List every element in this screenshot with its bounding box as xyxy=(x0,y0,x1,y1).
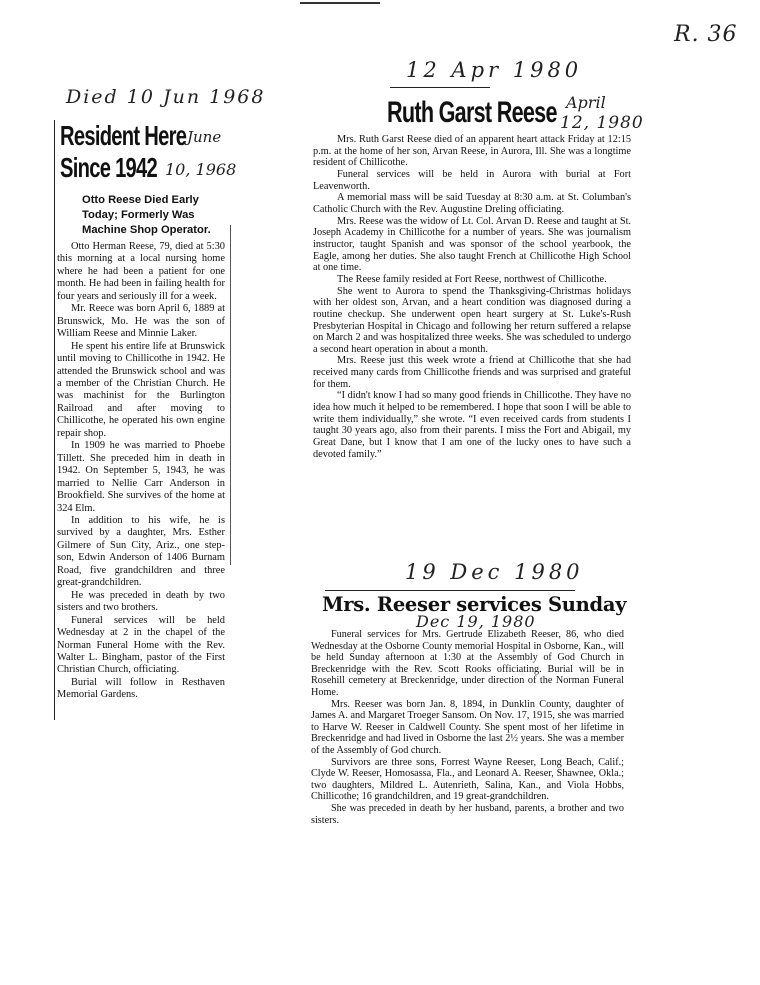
paragraph: In addition to his wife, he is survived … xyxy=(57,515,225,590)
handwritten-side-note-2: 12, 1980 xyxy=(560,113,644,133)
article-body: Otto Herman Reese, 79, died at 5:30 this… xyxy=(57,241,225,702)
handwritten-side-note-2: 10, 1968 xyxy=(165,160,236,179)
paragraph: The Reese family resided at Fort Reese, … xyxy=(313,274,631,286)
paragraph: “I didn't know I had so many good friend… xyxy=(313,390,631,460)
handwritten-side-note-1: April xyxy=(566,93,606,112)
paragraph: She was preceded in death by her husband… xyxy=(311,803,624,826)
paragraph: Funeral services will be held in Aurora … xyxy=(313,169,631,192)
paragraph: Mrs. Reeser was born Jan. 8, 1894, in Du… xyxy=(311,699,624,757)
paragraph: In 1909 he was married to Phoebe Tillett… xyxy=(57,440,225,515)
handwritten-date: 12 Apr 1980 xyxy=(406,58,582,82)
handwritten-date: 19 Dec 1980 xyxy=(405,560,584,584)
paragraph: Funeral services will be held Wednesday … xyxy=(57,615,225,677)
paragraph: He was preceded in death by two sisters … xyxy=(57,590,225,615)
paragraph: Otto Herman Reese, 79, died at 5:30 this… xyxy=(57,241,225,303)
headline: Ruth Garst Reese xyxy=(387,96,557,130)
clipping-left-border xyxy=(54,120,55,720)
paragraph: Funeral services for Mrs. Gertrude Eliza… xyxy=(311,629,624,699)
headline-line-1: Resident Here xyxy=(60,120,186,152)
subheadline-line-1: Otto Reese Died Early xyxy=(82,193,211,208)
clipping-right-border xyxy=(230,225,231,565)
handwritten-date: Died 10 Jun 1968 xyxy=(66,86,265,108)
paragraph: She went to Aurora to spend the Thanksgi… xyxy=(313,286,631,356)
paragraph: Mr. Reece was born April 6, 1889 at Brun… xyxy=(57,303,225,340)
subheadline: Otto Reese Died Early Today; Formerly Wa… xyxy=(82,193,211,238)
handwritten-underline xyxy=(325,590,575,591)
paragraph: Mrs. Ruth Garst Reese died of an apparen… xyxy=(313,134,631,169)
handwritten-side-note-1: June xyxy=(187,128,221,146)
paragraph: Survivors are three sons, Forrest Wayne … xyxy=(311,757,624,803)
paragraph: He spent his entire life at Brunswick un… xyxy=(57,341,225,441)
subheadline-line-3: Machine Shop Operator. xyxy=(82,223,211,238)
paragraph: A memorial mass will be said Tuesday at … xyxy=(313,192,631,215)
paragraph: Mrs. Reese was the widow of Lt. Col. Arv… xyxy=(313,216,631,274)
paragraph: Burial will follow in Resthaven Memorial… xyxy=(57,677,225,702)
page-annotation: R. 36 xyxy=(674,22,738,47)
handwritten-underline xyxy=(390,87,490,88)
article-body: Funeral services for Mrs. Gertrude Eliza… xyxy=(311,629,624,826)
article-body: Mrs. Ruth Garst Reese died of an apparen… xyxy=(313,134,631,460)
subheadline-line-2: Today; Formerly Was xyxy=(82,208,211,223)
paragraph: Mrs. Reese just this week wrote a friend… xyxy=(313,355,631,390)
scan-edge-line xyxy=(300,2,380,4)
